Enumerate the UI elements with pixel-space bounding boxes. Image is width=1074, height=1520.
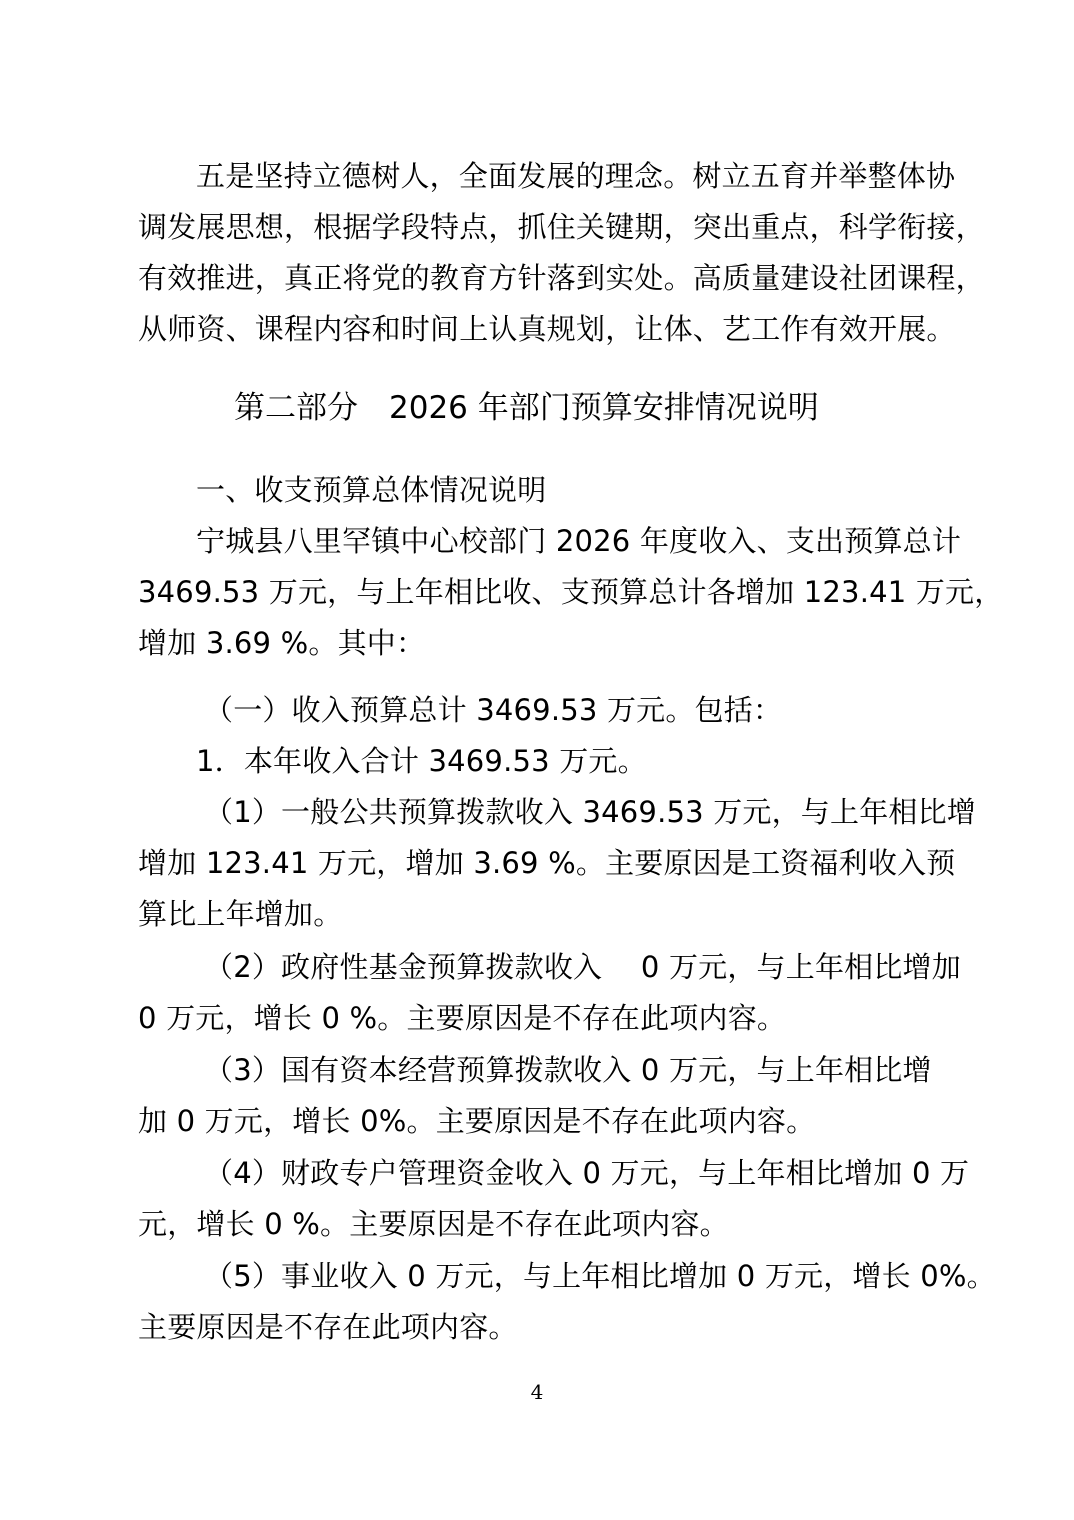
income-subitem-line: 主要原因是不存在此项内容。 <box>138 1309 518 1345</box>
income-subitem-line: 元，增长 0 %。主要原因是不存在此项内容。 <box>138 1206 729 1242</box>
income-subitem-line: （3）国有资本经营预算拨款收入 0 万元，与上年相比增 <box>204 1052 932 1088</box>
summary-line: 增加 3.69 %。其中： <box>138 625 425 661</box>
income-subitem-line: （2）政府性基金预算拨款收入 0 万元，与上年相比增加 <box>204 949 961 985</box>
income-item-1: 1．本年收入合计 3469.53 万元。 <box>196 743 647 779</box>
page-number: 4 <box>0 1380 1074 1404</box>
income-subitem-line: 算比上年增加。 <box>138 896 342 932</box>
document-page: 五是坚持立德树人，全面发展的理念。树立五育并举整体协 调发展思想，根据学段特点，… <box>0 0 1074 1520</box>
income-subitem-line: （5）事业收入 0 万元，与上年相比增加 0 万元，增长 0%。 <box>204 1258 996 1294</box>
summary-line: 3469.53 万元，与上年相比收、支预算总计各增加 123.41 万元， <box>138 574 1003 610</box>
income-budget-heading: （一）收入预算总计 3469.53 万元。包括： <box>204 692 782 728</box>
paragraph-line: 五是坚持立德树人，全面发展的理念。树立五育并举整体协 <box>196 158 955 194</box>
paragraph-line: 调发展思想，根据学段特点，抓住关键期，突出重点，科学衔接， <box>138 209 985 245</box>
income-subitem-line: 加 0 万元，增长 0%。主要原因是不存在此项内容。 <box>138 1103 815 1139</box>
paragraph-line: 从师资、课程内容和时间上认真规划，让体、艺工作有效开展。 <box>138 311 956 347</box>
summary-line: 宁城县八里罕镇中心校部门 2026 年度收入、支出预算总计 <box>196 523 961 559</box>
income-subitem-line: 0 万元，增长 0 %。主要原因是不存在此项内容。 <box>138 1000 786 1036</box>
income-subitem-line: 增加 123.41 万元，增加 3.69 %。主要原因是工资福利收入预 <box>138 845 955 881</box>
part-two-title: 第二部分 2026 年部门预算安排情况说明 <box>234 388 819 428</box>
subsection-heading: 一、收支预算总体情况说明 <box>196 472 546 508</box>
income-subitem-line: （4）财政专户管理资金收入 0 万元，与上年相比增加 0 万 <box>204 1155 969 1191</box>
paragraph-line: 有效推进，真正将党的教育方针落到实处。高质量建设社团课程， <box>138 260 985 296</box>
income-subitem-line: （1）一般公共预算拨款收入 3469.53 万元，与上年相比增 <box>204 794 976 830</box>
